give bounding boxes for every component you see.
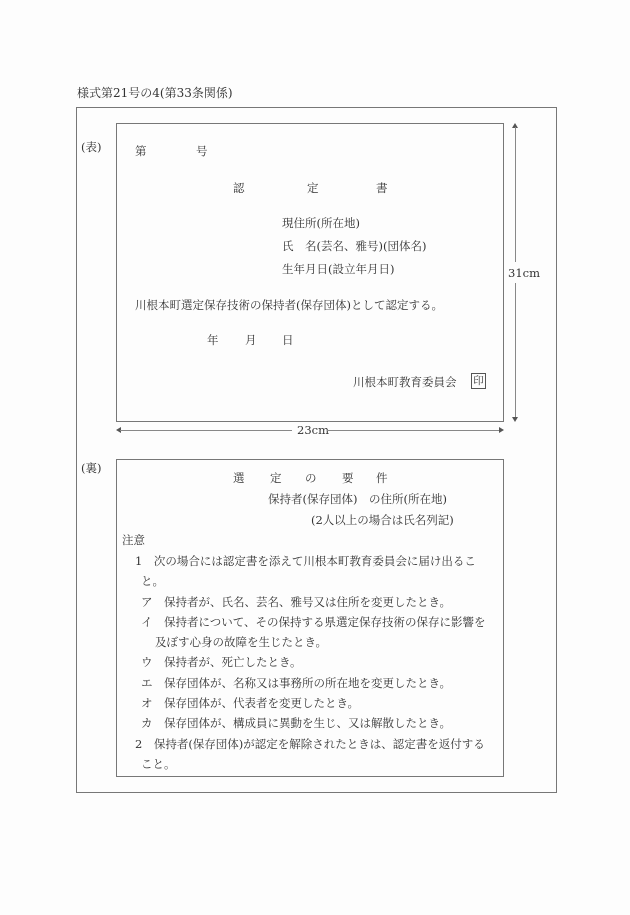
note-2-line-2: こと。 (141, 756, 176, 772)
height-dimension-line-upper (515, 127, 516, 262)
note-i-line-2: 及ぼす心身の故障を生じたとき。 (155, 634, 327, 650)
notes-heading: 注意 (122, 532, 145, 548)
note-i-line-1: イ 保持者について、その保持する県選定保存技術の保存に影響を (141, 614, 486, 630)
note-ka: カ 保存団体が、構成員に異動を生じ、又は解散したとき。 (141, 715, 451, 731)
field-name: 氏 名(芸名、雅号)(団体名) (282, 238, 426, 254)
back-side-label: (裏) (81, 460, 101, 476)
requirements-title-char-5: 件 (376, 470, 388, 486)
seal-stamp-box: 印 (471, 373, 486, 389)
certificate-title-char-1: 認 (233, 180, 245, 196)
note-a: ア 保持者が、氏名、芸名、雅号又は住所を変更したとき。 (141, 594, 451, 610)
note-e: エ 保存団体が、名称又は事務所の所在地を変更したとき。 (141, 675, 451, 691)
field-birthdate: 生年月日(設立年月日) (282, 261, 394, 277)
note-2-line-1: 2 保持者(保存団体)が認定を解除されたときは、認定書を返付する (135, 736, 485, 752)
height-dimension-label: 31cm (505, 266, 543, 280)
date-month: 月 (245, 332, 257, 348)
certificate-number-prefix: 第 (135, 143, 147, 159)
holder-address-line: 保持者(保存団体) の住所(所在地) (268, 491, 447, 507)
note-1-line-2: と。 (141, 573, 164, 589)
requirements-title-char-4: 要 (342, 470, 354, 486)
form-title: 様式第21号の4(第33条関係) (77, 84, 233, 101)
certificate-number-suffix: 号 (196, 143, 208, 159)
width-dimension-line-right (327, 430, 499, 431)
date-day: 日 (282, 332, 294, 348)
certification-statement: 川根本町選定保存技術の保持者(保存団体)として認定する。 (135, 297, 443, 313)
note-u: ウ 保持者が、死亡したとき。 (141, 654, 302, 670)
front-side-label: (表) (81, 139, 101, 155)
height-arrow-bottom-icon (512, 417, 518, 422)
width-arrow-right-icon (499, 427, 504, 433)
note-1-line-1: 1 次の場合には認定書を添えて川根本町教育委員会に届け出るこ (135, 553, 476, 569)
requirements-title-char-1: 選 (233, 470, 245, 486)
height-dimension-line-lower (515, 283, 516, 417)
requirements-title-char-2: 定 (270, 470, 282, 486)
date-year: 年 (207, 332, 219, 348)
certificate-title-char-3: 書 (376, 180, 388, 196)
field-address: 現住所(所在地) (282, 215, 360, 231)
width-dimension-line-left (120, 430, 292, 431)
certificate-title-char-2: 定 (307, 180, 319, 196)
plural-holders-note: (2人以上の場合は氏名列記) (311, 512, 454, 528)
note-o: オ 保存団体が、代表者を変更したとき。 (141, 695, 359, 711)
requirements-title-char-3: の (305, 470, 317, 486)
issuer-name: 川根本町教育委員会 (353, 374, 457, 390)
